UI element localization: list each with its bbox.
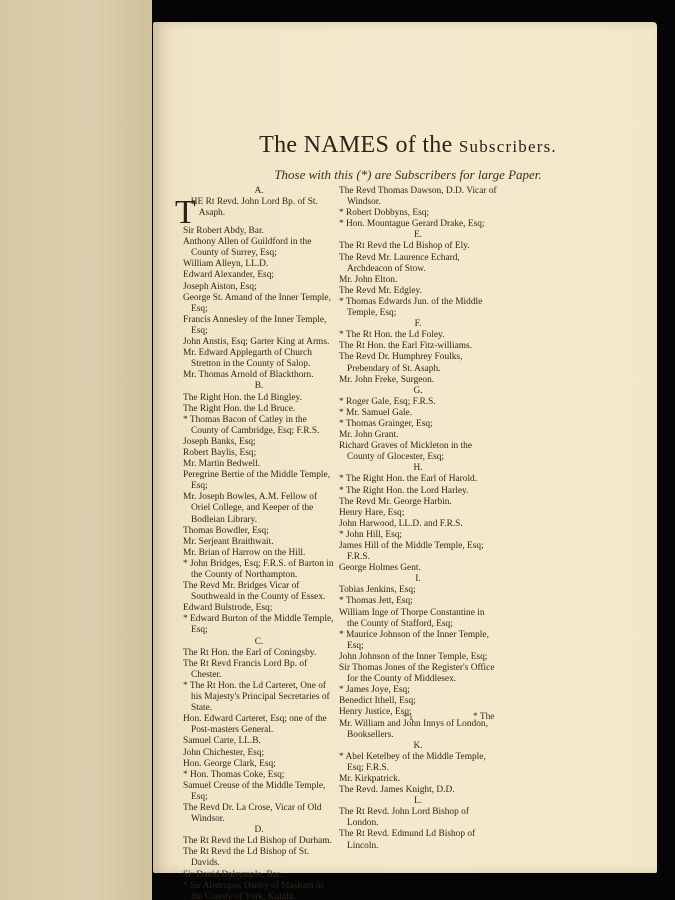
section-letter: C. (183, 637, 335, 648)
subscriber-entry: * Thomas Bacon of Catley in the County o… (183, 415, 335, 437)
section-letter: B. (183, 381, 335, 392)
subscriber-entry: Thomas Bowdler, Esq; (183, 526, 335, 537)
subscriber-entry: The Revd Mr. Laurence Echard, Archdeacon… (339, 253, 497, 275)
subscriber-entry: Mr. John Elton. (339, 275, 497, 286)
title-main: The NAMES of the (259, 132, 452, 158)
subscriber-entry: Joseph Banks, Esq; (183, 437, 335, 448)
subscriber-entry: The Rt Revd. Edmund Ld Bishop of Lincoln… (339, 829, 497, 851)
subscriber-entry: The Revd Mr. Bridges Vicar of Southweald… (183, 581, 335, 603)
subscriber-entry: John Chichester, Esq; (183, 748, 335, 759)
section-letter: F. (339, 319, 497, 330)
subscriber-entry: * Mr. Samuel Gale. (339, 408, 497, 419)
section-letter: G. (339, 386, 497, 397)
subscriber-entry-text: HE Rt Revd. John Lord Bp. of St. Asaph. (191, 197, 318, 218)
subscriber-entry: Benedict Ithell, Esq; (339, 696, 497, 707)
subscriber-entry: Peregrine Bertie of the Middle Temple, E… (183, 470, 335, 492)
subscriber-entry: Hon. Edward Carteret, Esq; one of the Po… (183, 714, 335, 736)
section-letter: K. (339, 741, 497, 752)
subscriber-entry: * Sir Abstrupus Danby of Masham in the C… (183, 881, 335, 900)
subscriber-entry: John Johnson of the Inner Temple, Esq; (339, 652, 497, 663)
subscriber-entry: William Inge of Thorpe Constantine in th… (339, 608, 497, 630)
subscriber-entry: * The Right Hon. the Lord Harley. (339, 486, 497, 497)
subscriber-entry: The Revd Mr. George Harbin. (339, 497, 497, 508)
subscriber-entry: Richard Graves of Mickleton in the Count… (339, 441, 497, 463)
subscriber-entry: The Revd. James Knight, D.D. (339, 785, 497, 796)
subscriber-entry: Mr. Thomas Arnold of Blackthorn. (183, 370, 335, 381)
subscriber-entry: Hon. George Clark, Esq; (183, 759, 335, 770)
subscriber-entry: Mr. John Grant. (339, 430, 497, 441)
subscriber-entry: THE Rt Revd. John Lord Bp. of St. Asaph. (183, 197, 335, 226)
subscriber-entry: Mr. Martin Bedwell. (183, 459, 335, 470)
subscriber-entry: Samuel Carte, LL.B. (183, 736, 335, 747)
section-letter: E. (339, 230, 497, 241)
subscriber-entry: Mr. Brian of Harrow on the Hill. (183, 548, 335, 559)
subscriber-entry: John Harwood, LL.D. and F.R.S. (339, 519, 497, 530)
subscriber-entry: Mr. Joseph Bowles, A.M. Fellow of Oriel … (183, 492, 335, 525)
subscriber-entry: Sir Thomas Jones of the Register's Offic… (339, 663, 497, 685)
subscriber-entry: Mr. John Freke, Surgeon. (339, 375, 497, 386)
subscriber-entry: John Anstis, Esq; Garter King at Arms. (183, 337, 335, 348)
book-page: The NAMES of the Subscribers. Those with… (153, 22, 657, 873)
subscriber-entry: Joseph Aiston, Esq; (183, 282, 335, 293)
subscriber-entry: The Revd Dr. La Crose, Vicar of Old Wind… (183, 803, 335, 825)
subscriber-entry: * John Hill, Esq; (339, 530, 497, 541)
subscriber-entry: * Thomas Edwards Jun. of the Middle Temp… (339, 297, 497, 319)
subscriber-entry: * Hon. Mountague Gerard Drake, Esq; (339, 219, 497, 230)
subscriber-entry: Francis Annesley of the Inner Temple, Es… (183, 315, 335, 337)
subscriber-entry: George Holmes Gent. (339, 563, 497, 574)
subscriber-entry: The Revd Thomas Dawson, D.D. Vicar of Wi… (339, 186, 497, 208)
title-smallcaps: Subscribers. (459, 137, 557, 156)
subscriber-column-right: The Revd Thomas Dawson, D.D. Vicar of Wi… (339, 186, 497, 852)
subscriber-entry: * The Rt Hon. the Ld Carteret, One of hi… (183, 681, 335, 714)
subscriber-entry: William Alleyn, LL.D. (183, 259, 335, 270)
section-letter: D. (183, 825, 335, 836)
section-letter: H. (339, 463, 497, 474)
subscriber-entry: * Edward Burton of the Middle Temple, Es… (183, 614, 335, 636)
subscriber-entry: * Maurice Johnson of the Inner Temple, E… (339, 630, 497, 652)
page-subtitle: Those with this (*) are Subscribers for … (193, 167, 623, 183)
subscriber-entry: The Rt Revd the Ld Bishop of Durham. (183, 836, 335, 847)
subscriber-entry: James Hill of the Middle Temple, Esq; F.… (339, 541, 497, 563)
section-letter: L. (339, 796, 497, 807)
subscriber-entry: Sir Robert Abdy, Bar. (183, 226, 335, 237)
section-letter: I. (339, 574, 497, 585)
subscriber-column-left: A.THE Rt Revd. John Lord Bp. of St. Asap… (183, 186, 335, 900)
subscriber-entry: The Rt Revd. John Lord Bishop of London. (339, 807, 497, 829)
subscriber-entry: The Rt Revd the Ld Bishop of St. Davids. (183, 847, 335, 869)
subscriber-entry: * Roger Gale, Esq; F.R.S. (339, 397, 497, 408)
subscriber-entry: * Abel Ketelbey of the Middle Temple, Es… (339, 752, 497, 774)
subscriber-entry: * John Bridges, Esq; F.R.S. of Barton in… (183, 559, 335, 581)
subscriber-entry: The Rt Revd Francis Lord Bp. of Chester. (183, 659, 335, 681)
subscriber-entry: Anthony Allen of Guildford in the County… (183, 237, 335, 259)
subscriber-entry: * The Right Hon. the Earl of Harold. (339, 474, 497, 485)
subscriber-entry: * The Rt Hon. the Ld Foley. (339, 330, 497, 341)
subscriber-entry: Edward Bulstrode, Esq; (183, 603, 335, 614)
subscriber-entry: * Robert Dobbyns, Esq; (339, 208, 497, 219)
signature-mark: * i (403, 712, 412, 722)
subscriber-entry: Robert Baylis, Esq; (183, 448, 335, 459)
previous-page-edge (0, 0, 152, 900)
section-letter: A. (183, 186, 335, 197)
subscriber-entry: Tobias Jenkins, Esq; (339, 585, 497, 596)
subscriber-entry: * Thomas Grainger, Esq; (339, 419, 497, 430)
subscriber-entry: The Rt Hon. the Earl of Coningsby. (183, 648, 335, 659)
subscriber-entry: * Thomas Jett, Esq; (339, 596, 497, 607)
subscriber-entry: Mr. Edward Applegarth of Church Stretton… (183, 348, 335, 370)
subscriber-entry: Mr. Serjeant Braithwait. (183, 537, 335, 548)
subscriber-entry: Mr. Kirkpatrick. (339, 774, 497, 785)
subscriber-entry: Edward Alexander, Esq; (183, 270, 335, 281)
subscriber-entry: Sir David Dalrymple, Bar. (183, 870, 335, 881)
subscriber-entry: The Rt Hon. the Earl Fitz-williams. (339, 341, 497, 352)
subscriber-entry: The Right Hon. the Ld Bingley. (183, 393, 335, 404)
page-title: The NAMES of the Subscribers. (193, 132, 623, 159)
subscriber-entry: The Revd Dr. Humphrey Foulks, Prebendary… (339, 352, 497, 374)
subscriber-entry: The Right Hon. the Ld Bruce. (183, 404, 335, 415)
subscriber-entry: George St. Amand of the Inner Temple, Es… (183, 293, 335, 315)
catchword: * The (473, 712, 494, 722)
subscriber-entry: Henry Hare, Esq; (339, 508, 497, 519)
subscriber-entry: The Revd Mr. Edgley. (339, 286, 497, 297)
subscriber-entry: * Hon. Thomas Coke, Esq; (183, 770, 335, 781)
subscriber-entry: Samuel Creuse of the Middle Temple, Esq; (183, 781, 335, 803)
subscriber-entry: The Rt Revd the Ld Bishop of Ely. (339, 241, 497, 252)
subscriber-entry: * James Joye, Esq; (339, 685, 497, 696)
